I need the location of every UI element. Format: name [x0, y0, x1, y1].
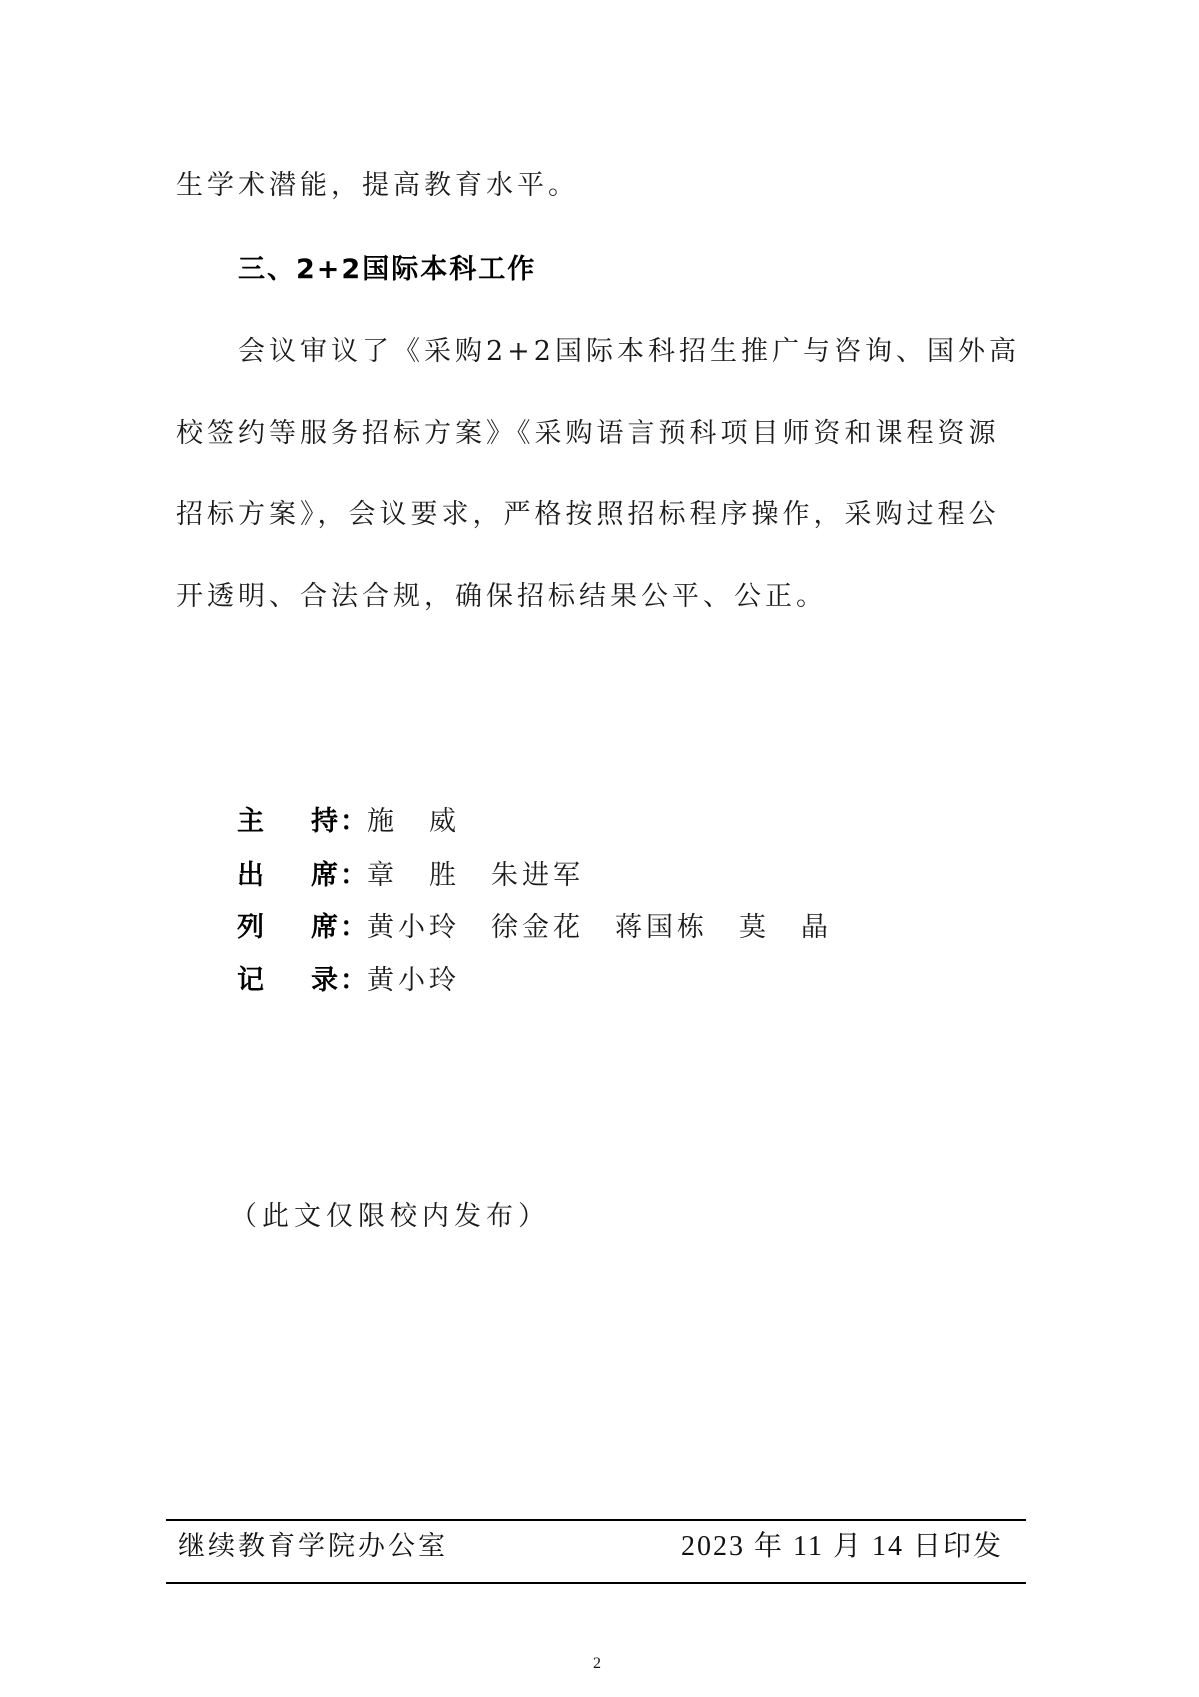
section-heading: 三、2+2国际本科工作 [238, 255, 536, 285]
attendance-label: 记 录 ： [237, 966, 367, 996]
label-char: 席 [311, 913, 338, 943]
attendance-label: 出 席 ： [237, 861, 367, 891]
attendance-value: 章 胜 朱进军 [367, 861, 584, 891]
paragraph-line: 开透明、合法合规，确保招标结果公平、公正。 [176, 582, 827, 612]
page-number: 2 [593, 1655, 601, 1673]
attendance-value: 黄小玲 [367, 966, 460, 996]
paragraph-line: 校签约等服务招标方案》《采购语言预科项目师资和课程资源 [176, 419, 1000, 449]
label-colon: ： [340, 913, 367, 943]
attendance-label: 主 持 ： [237, 807, 367, 837]
label-char: 席 [311, 861, 338, 891]
attendance-value: 施 威 [367, 807, 460, 837]
label-colon: ： [340, 966, 367, 996]
distribution-note: （此文仅限校内发布） [230, 1202, 550, 1232]
label-char: 列 [237, 913, 264, 943]
attendance-label: 列 席 ： [237, 913, 367, 943]
label-char: 主 [237, 807, 264, 837]
attendance-value: 黄小玲 徐金花 蒋国栋 莫 晶 [367, 913, 832, 943]
continuation-line: 生学术潜能，提高教育水平。 [176, 171, 579, 201]
footer-issue-date: 2023 年 11 月 14 日印发 [681, 1530, 1003, 1564]
footer-top-rule [166, 1519, 1026, 1521]
label-char: 出 [237, 861, 264, 891]
label-char: 录 [311, 966, 338, 996]
footer-bottom-rule [166, 1582, 1026, 1584]
paragraph-line: 会议审议了《采购2+2国际本科招生推广与咨询、国外高 [238, 337, 1020, 367]
label-colon: ： [340, 861, 367, 891]
label-char: 持 [311, 807, 338, 837]
paragraph-line: 招标方案》，会议要求，严格按照招标程序操作，采购过程公 [176, 500, 1000, 530]
label-char: 记 [237, 966, 264, 996]
label-colon: ： [340, 807, 367, 837]
footer-issuer: 继续教育学院办公室 [178, 1530, 448, 1564]
